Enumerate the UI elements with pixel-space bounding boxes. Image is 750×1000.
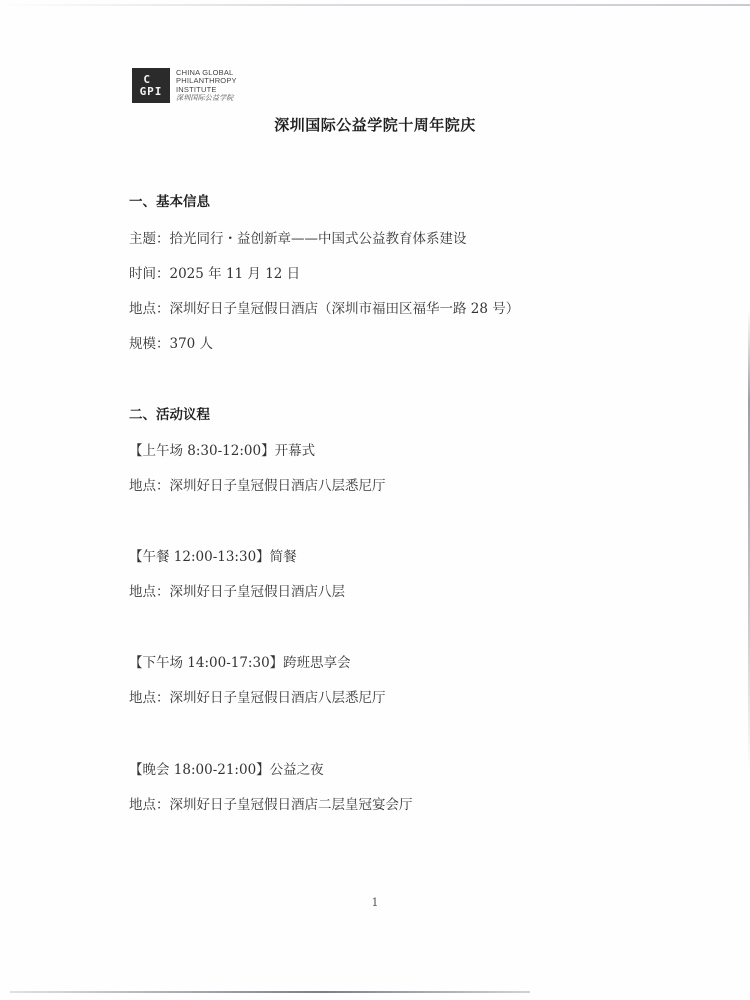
scan-edge-bottom xyxy=(10,991,530,993)
agenda-session-title: 【上午场 8:30-12:00】开幕式 xyxy=(129,439,315,459)
info-time: 时间：2025 年 11 月 12 日 xyxy=(129,262,300,282)
info-location: 地点：深圳好日子皇冠假日酒店（深圳市福田区福华一路 28 号） xyxy=(129,297,519,317)
scan-edge-top xyxy=(0,4,750,6)
agenda-session-location: 地点：深圳好日子皇冠假日酒店八层 xyxy=(129,580,345,600)
agenda-session-title: 【午餐 12:00-13:30】简餐 xyxy=(129,545,297,565)
agenda-session-title: 【下午场 14:00-17:30】跨班思享会 xyxy=(129,651,351,671)
agenda-session-location: 地点：深圳好日子皇冠假日酒店八层悉尼厅 xyxy=(129,474,386,494)
agenda-session-title: 【晚会 18:00-21:00】公益之夜 xyxy=(129,758,324,778)
logo-text: CHINA GLOBAL PHILANTHROPY INSTITUTE 深圳国际… xyxy=(176,69,237,103)
logo-mark-row1: C xyxy=(143,74,158,86)
logo-text-line: INSTITUTE xyxy=(176,86,237,95)
info-scale: 规模：370 人 xyxy=(129,332,213,352)
cgpi-logo-mark-icon: C GPI xyxy=(132,68,170,103)
section-heading-basic-info: 一、基本信息 xyxy=(129,190,210,210)
document-title: 深圳国际公益学院十周年院庆 xyxy=(0,114,750,135)
section-heading-agenda: 二、活动议程 xyxy=(129,403,210,423)
page-number: 1 xyxy=(0,896,750,909)
agenda-session-location: 地点：深圳好日子皇冠假日酒店二层皇冠宴会厅 xyxy=(129,793,413,813)
info-theme: 主题：拾光同行・益创新章——中国式公益教育体系建设 xyxy=(129,227,467,247)
agenda-session-location: 地点：深圳好日子皇冠假日酒店八层悉尼厅 xyxy=(129,686,386,706)
logo-mark-row2: GPI xyxy=(140,86,163,98)
cgpi-logo: C GPI CHINA GLOBAL PHILANTHROPY INSTITUT… xyxy=(132,68,237,103)
logo-text-cn: 深圳国际公益学院 xyxy=(176,94,237,103)
